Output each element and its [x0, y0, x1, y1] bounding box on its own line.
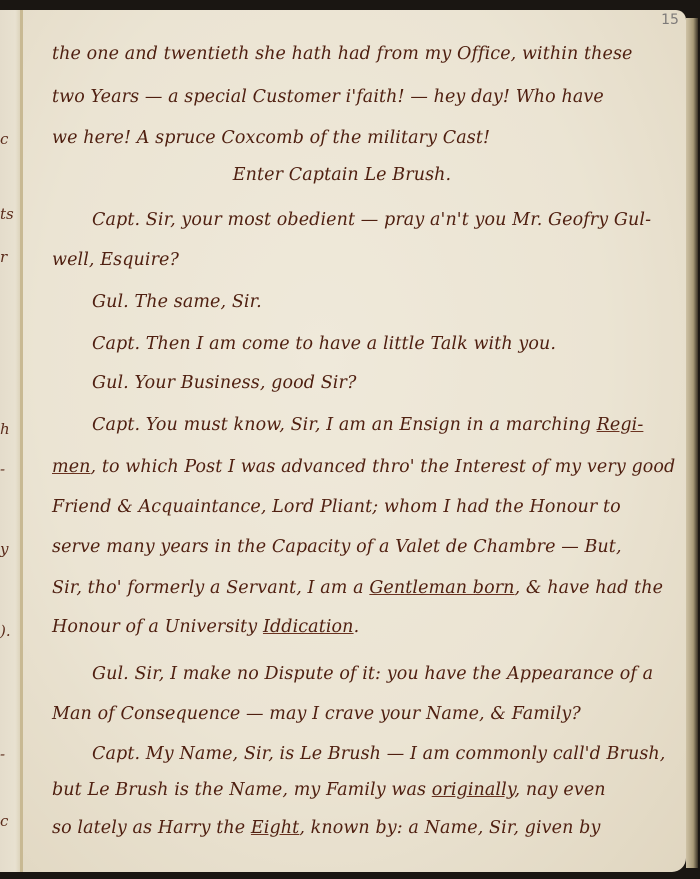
manuscript-line: Capt. Sir, your most obedient — pray a'n…	[92, 210, 700, 230]
folio-number: 15	[655, 12, 685, 28]
facing-page-fragment: c	[0, 812, 8, 830]
manuscript-line: men, to which Post I was advanced thro' …	[52, 457, 682, 477]
facing-page-fragment: h	[0, 420, 10, 438]
manuscript-line: Man of Consequence — may I crave your Na…	[52, 704, 682, 724]
manuscript-line: Capt. Then I am come to have a little Ta…	[92, 334, 700, 354]
underlined-word: men	[52, 457, 91, 477]
manuscript-line: we here! A spruce Coxcomb of the militar…	[52, 128, 682, 148]
manuscript-line: Friend & Acquaintance, Lord Pliant; whom…	[52, 497, 682, 517]
manuscript-line: well, Esquire?	[52, 250, 682, 270]
manuscript-line: two Years — a special Customer i'faith! …	[52, 87, 682, 107]
manuscript-line: Capt. My Name, Sir, is Le Brush — I am c…	[92, 744, 700, 764]
facing-page-fragment: y	[0, 540, 8, 558]
stage-direction: Enter Captain Le Brush.	[52, 165, 632, 185]
facing-page-fragment: -	[0, 460, 5, 478]
manuscript-line: serve many years in the Capacity of a Va…	[52, 537, 682, 557]
underlined-word: Iddication	[263, 617, 354, 637]
underlined-word: Eight	[251, 818, 299, 838]
manuscript-line: the one and twentieth she hath had from …	[52, 44, 682, 64]
manuscript-line: Honour of a University Iddication.	[52, 617, 682, 637]
facing-page-fragment: r	[0, 248, 7, 266]
underlined-word: Gentleman born	[369, 578, 514, 598]
manuscript-line: Capt. You must know, Sir, I am an Ensign…	[92, 415, 700, 435]
facing-page-fragment: -	[0, 745, 5, 763]
manuscript-line: Sir, tho' formerly a Servant, I am a Gen…	[52, 578, 682, 598]
facing-page-fragment: c	[0, 130, 8, 148]
underlined-word: originally	[432, 780, 515, 800]
manuscript-line: Gul. Your Business, good Sir?	[92, 373, 700, 393]
page-edge-shadow	[686, 18, 698, 868]
underlined-word: Regi-	[597, 415, 644, 435]
manuscript-line: so lately as Harry the Eight, known by: …	[52, 818, 682, 838]
manuscript-line: Gul. The same, Sir.	[92, 292, 700, 312]
facing-page-edge: c ts r h - y ). - c	[0, 10, 22, 872]
facing-page-fragment: ts	[0, 205, 14, 223]
manuscript-line: Gul. Sir, I make no Dispute of it: you h…	[92, 664, 700, 684]
manuscript-line: but Le Brush is the Name, my Family was …	[52, 780, 682, 800]
facing-page-fragment: ).	[0, 622, 11, 640]
